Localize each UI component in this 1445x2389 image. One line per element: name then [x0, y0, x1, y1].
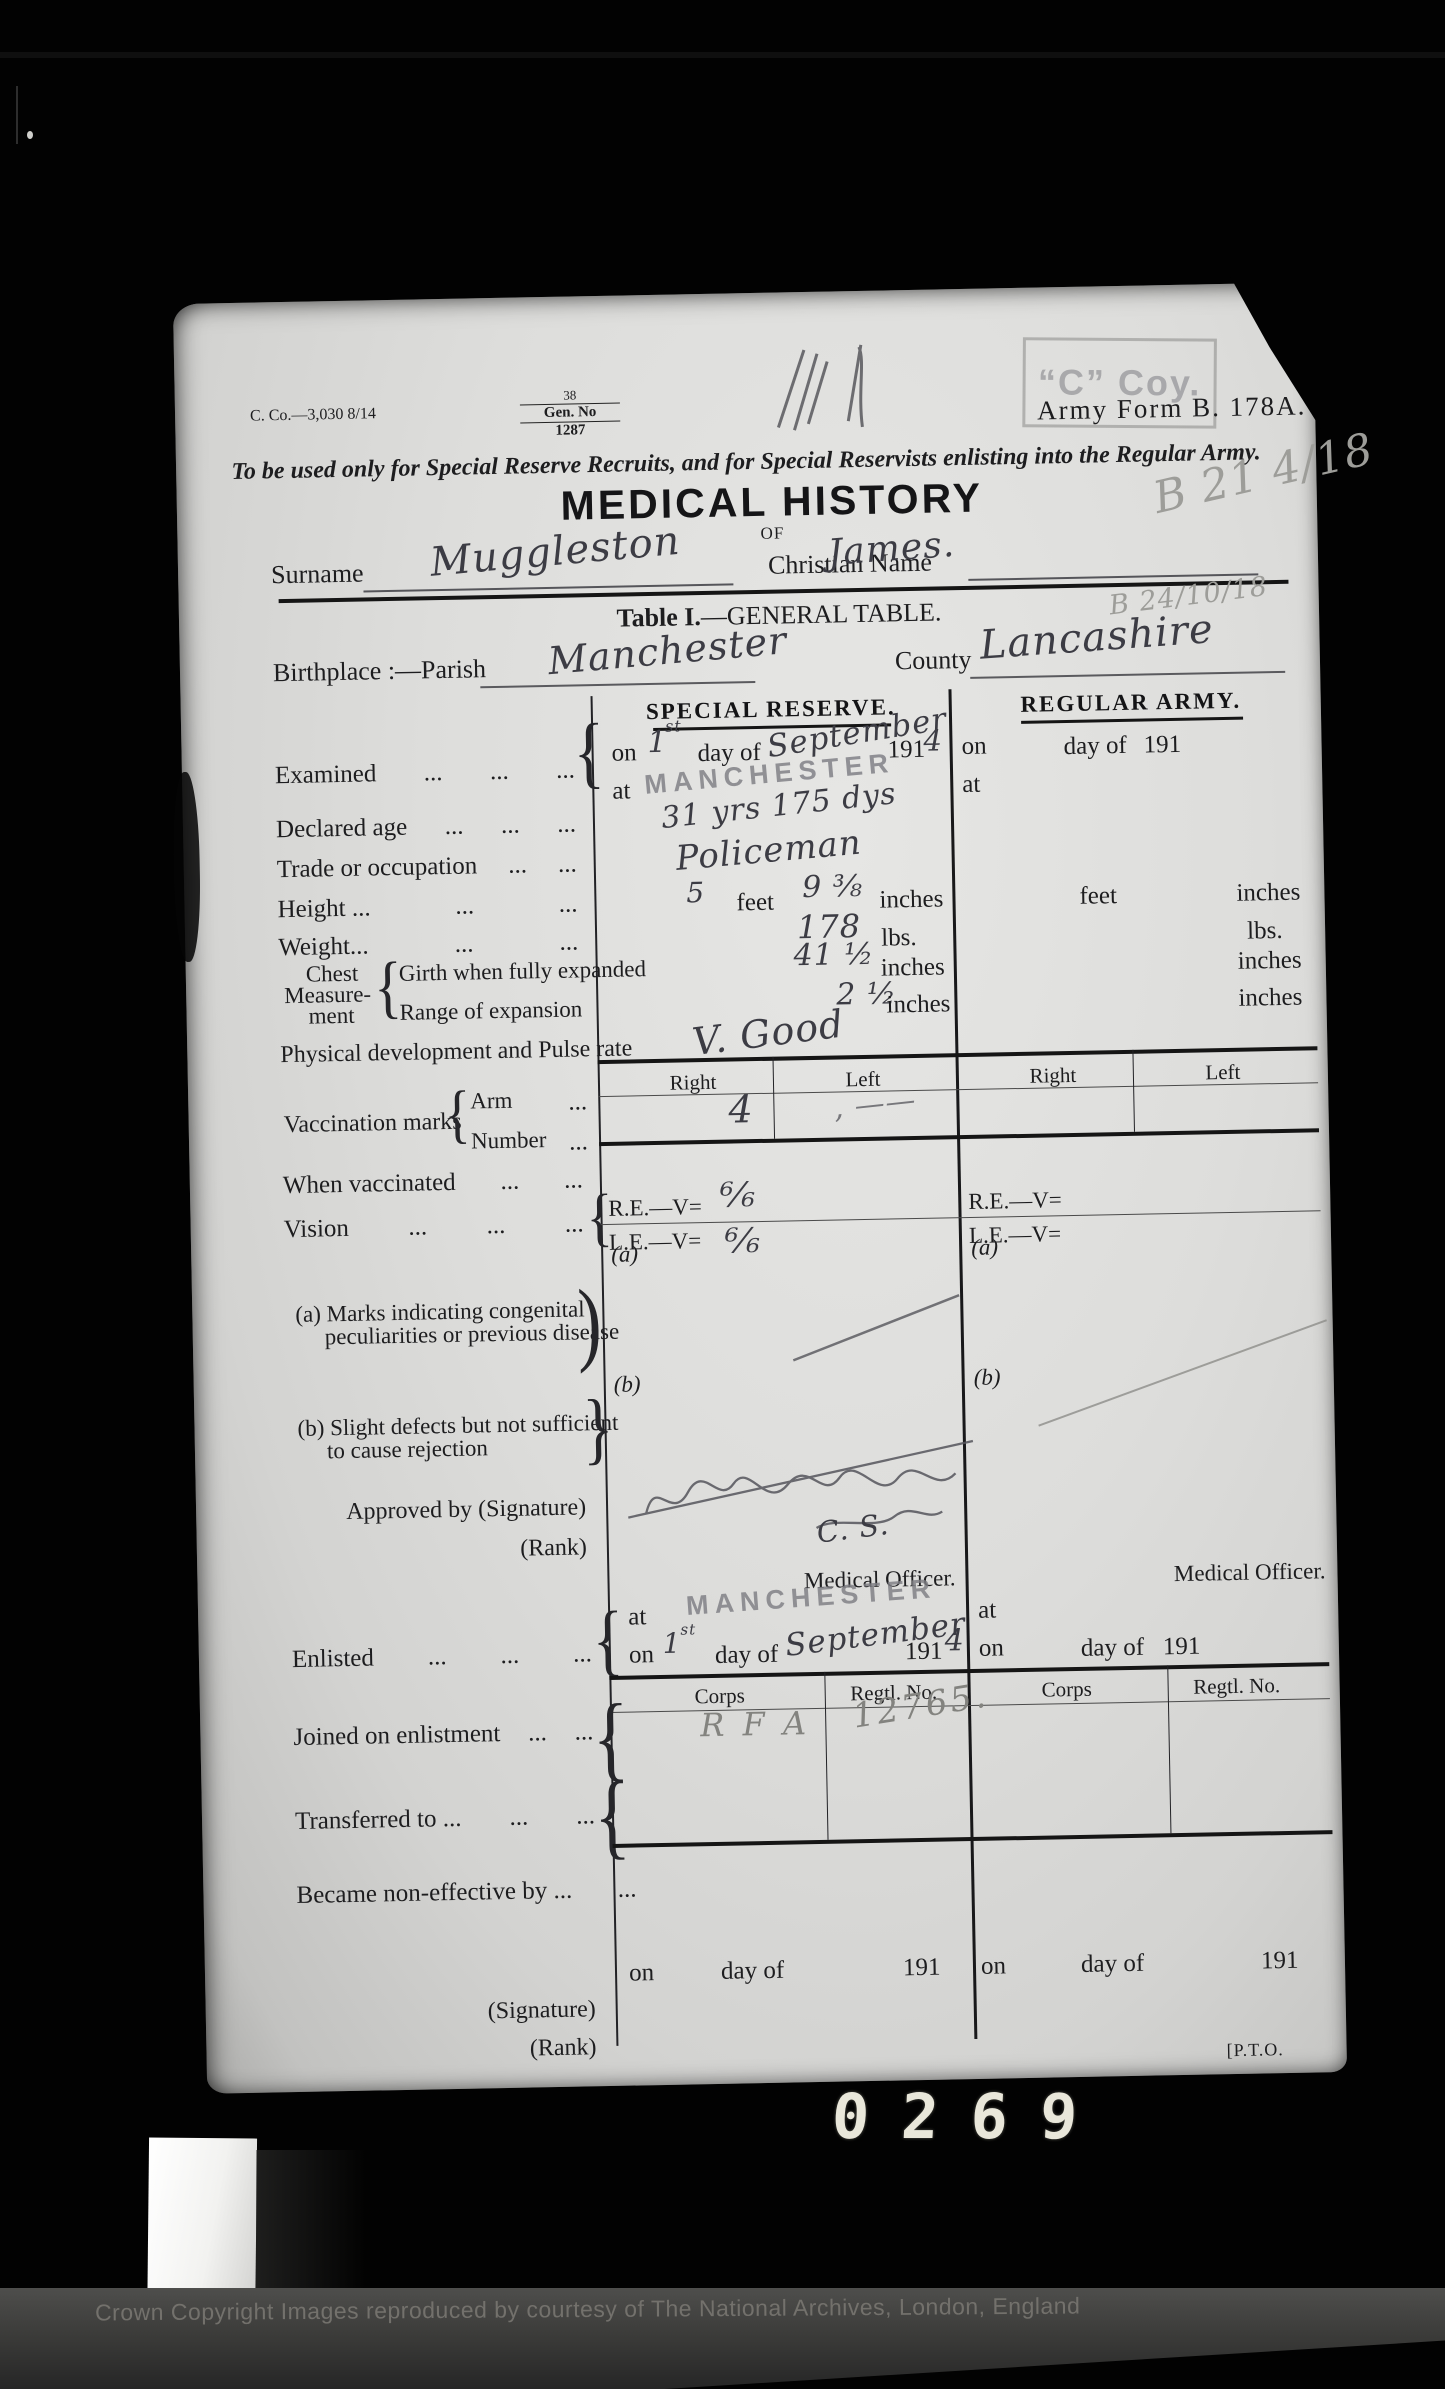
height-feet-label: feet	[736, 889, 774, 918]
a-note-paren: )	[577, 1275, 603, 1369]
chest-label-3: ment	[308, 1003, 354, 1030]
enlisted-ra-on-label: on	[979, 1634, 1005, 1662]
ra-rl-divider	[1132, 1050, 1135, 1132]
bottom-sr-on-label: on	[629, 1959, 655, 1987]
left-header-ra: Left	[1173, 1059, 1273, 1086]
dots: ...	[490, 758, 509, 786]
examined-at-label: at	[612, 777, 631, 805]
ra-b-paren: (b)	[973, 1364, 1000, 1391]
enlisted-year-label: 191	[905, 1638, 943, 1667]
print-code: C. Co.—3,030 8/14	[250, 405, 376, 425]
enlisted-ra-year-label: 191	[1163, 1633, 1201, 1662]
birthplace-underline	[480, 681, 755, 688]
christian-name-value: James.	[826, 524, 956, 574]
declared-age-label-row: Declared age ... ... ...	[276, 810, 576, 844]
examined-label: Examined	[275, 760, 377, 790]
form-paper: C. Co.—3,030 8/14 38 Gen. No 1287 “C” Co…	[173, 282, 1347, 2094]
dots: ...	[558, 850, 577, 878]
gen-no-mid: Gen. No	[520, 402, 620, 423]
sr-le-v-value: ⁶⁄₆	[725, 1221, 762, 1262]
physical-value: V. Good	[690, 1002, 847, 1065]
joined-label-row: Joined on enlistment ... ...	[293, 1718, 593, 1752]
ra-a-paren: (a)	[971, 1234, 998, 1261]
column-header-regular-army: REGULAR ARMY.	[1001, 687, 1261, 718]
dots: ...	[408, 1213, 427, 1241]
enlisted-label: Enlisted	[292, 1645, 374, 1675]
enlisted-on-label: on	[629, 1641, 655, 1669]
examined-on-label: on	[611, 739, 637, 767]
weight-label: Weight...	[278, 932, 369, 962]
physical-label: Physical development and Pulse rate	[280, 1035, 632, 1069]
ra-header-underline	[1021, 717, 1243, 724]
sr-a-paren: (a)	[611, 1241, 638, 1268]
enlisted-brace: {	[592, 1600, 624, 1681]
range-inches-label: inches	[886, 990, 950, 1019]
dots: ...	[455, 892, 474, 920]
enlisted-year-digit: 4	[944, 1623, 965, 1658]
b-field-pencil-stroke	[1033, 1312, 1335, 1433]
transferred-label-row: Transferred to ... ... ...	[295, 1802, 595, 1836]
examined-day-ordinal: st	[665, 716, 682, 735]
examined-year-digit: 4	[923, 723, 943, 757]
signature-label: (Signature)	[296, 1996, 596, 2029]
vaccination-label: Vaccination marks	[283, 1109, 461, 1139]
transferred-label: Transferred to ...	[295, 1805, 462, 1836]
dots: ...	[454, 930, 473, 958]
height-inches-value: 9 ⅜	[802, 869, 863, 905]
frame-counter: 0269	[830, 2080, 1111, 2153]
dots: ...	[564, 1166, 583, 1194]
when-vaccinated-label: When vaccinated	[283, 1169, 456, 1200]
dots: ...	[576, 1802, 595, 1830]
sr-b-paren: (b)	[614, 1371, 641, 1398]
bottom-sr-year-label: 191	[903, 1954, 941, 1983]
sr-re-v-label: R.E.—V=	[608, 1194, 702, 1222]
bottom-ra-on-label: on	[981, 1952, 1007, 1980]
enlisted-ra-at-label: at	[978, 1597, 997, 1625]
dots: ...	[528, 1719, 547, 1747]
examined-ra-on-label: on	[961, 733, 987, 761]
birthplace-label: Birthplace :—Parish	[273, 654, 487, 688]
girth-value: 41 ½	[793, 937, 874, 974]
trade-label: Trade or occupation	[277, 852, 478, 884]
regtl-header-ra: Regtl. No.	[1161, 1673, 1311, 1701]
range-label: Range of expansion	[399, 996, 582, 1026]
vision-label: Vision	[283, 1215, 349, 1244]
examined-ra-at-label: at	[962, 771, 981, 799]
sr-re-v-value: ⁶⁄₆	[720, 1175, 757, 1216]
bottom-ra-day-of-label: day of	[1081, 1950, 1145, 1979]
vision-label-row: Vision ... ... ...	[283, 1210, 583, 1244]
dots: ...	[617, 1876, 636, 1904]
dots: ...	[500, 1642, 519, 1670]
non-effective-label-row: Became non-effective by ... ...	[296, 1876, 636, 1911]
weight-label-row: Weight... ... ...	[278, 928, 578, 962]
weight-lbs-label: lbs.	[881, 924, 917, 953]
surname-value: Muggleston	[428, 518, 682, 586]
torn-edge	[172, 772, 202, 962]
dots: ...	[424, 759, 443, 787]
trade-label-row: Trade or occupation ... ...	[277, 850, 577, 884]
dots: ...	[574, 1718, 593, 1746]
enlisted-day-ordinal: st	[680, 1620, 696, 1638]
dots: ...	[444, 813, 463, 841]
sr-rl-divider	[772, 1057, 775, 1139]
height-feet-value: 5	[686, 876, 705, 909]
ra-re-v-label: R.E.—V=	[968, 1187, 1062, 1215]
dots: ...	[557, 810, 576, 838]
ra-girth-inches-label: inches	[1237, 947, 1301, 976]
arm-dots: ...	[568, 1088, 587, 1116]
ra-weight-lbs-label: lbs.	[1247, 917, 1283, 946]
vacc-left-mark: , ——	[832, 1082, 918, 1126]
rank-label-sr: (Rank)	[287, 1534, 587, 1567]
right-header-ra: Right	[1003, 1062, 1103, 1089]
vacc-number-right-value: 4	[728, 1087, 754, 1131]
dots: ...	[509, 1804, 528, 1832]
ink-scribble	[749, 330, 931, 443]
ra-height-inches-label: inches	[1236, 879, 1300, 908]
examined-label-row: Examined ... ... ...	[275, 756, 575, 790]
bottom-sr-day-of-label: day of	[721, 1957, 785, 1986]
ra-height-feet-label: feet	[1079, 882, 1117, 911]
declared-age-label: Declared age	[276, 814, 408, 845]
girth-label: Girth when fully expanded	[399, 956, 647, 987]
dots: ...	[565, 1210, 584, 1238]
examined-ra-day-of-label: day of	[1063, 732, 1127, 761]
corps-value: R F A	[700, 1704, 810, 1744]
enlisted-day-of-label: day of	[715, 1641, 779, 1670]
enlisted-ra-day-of-label: day of	[1081, 1634, 1145, 1663]
non-effective-label: Became non-effective by ...	[296, 1877, 572, 1910]
scan-artifact-band	[0, 52, 1445, 58]
medical-officer-signature	[625, 1429, 987, 1536]
enlisted-label-row: Enlisted ... ... ...	[292, 1640, 592, 1674]
dots: ...	[508, 851, 527, 879]
examined-ra-year-label: 191	[1143, 731, 1181, 760]
ra-range-inches-label: inches	[1238, 984, 1302, 1013]
dots: ...	[573, 1640, 592, 1668]
dots: ...	[556, 756, 575, 784]
vaccination-brace: {	[444, 1081, 471, 1146]
arm-label: Arm	[470, 1088, 513, 1115]
medical-officer-label-ra: Medical Officer.	[1125, 1558, 1325, 1588]
county-label: County	[895, 645, 972, 676]
enlisted-day-value: 1	[662, 1627, 681, 1660]
enlisted-at-label: at	[628, 1603, 647, 1631]
number-dots: ...	[569, 1128, 588, 1156]
approved-label: Approved by (Signature)	[286, 1494, 586, 1527]
dots: ...	[501, 812, 520, 840]
county-underline	[970, 671, 1285, 679]
rank-label-bottom: (Rank)	[296, 2034, 596, 2067]
scan-artifact-dot	[27, 131, 33, 139]
dots: ...	[559, 928, 578, 956]
dots: ...	[558, 890, 577, 918]
pto-label: [P.T.O.	[1226, 2039, 1284, 2061]
b-note-line2: to cause rejection	[327, 1435, 488, 1464]
gen-no-block: 38 Gen. No 1287	[520, 388, 621, 441]
height-label: Height ...	[277, 894, 371, 924]
joined-label: Joined on enlistment	[293, 1720, 500, 1752]
b-note-brace: }	[582, 1388, 614, 1469]
when-vaccinated-label-row: When vaccinated ... ...	[283, 1166, 583, 1200]
examined-brace: {	[573, 712, 605, 793]
height-inches-label: inches	[879, 885, 943, 914]
scan-artifact-line	[16, 86, 18, 144]
a-note-line2: peculiarities or previous disease	[325, 1319, 620, 1351]
number-label: Number	[471, 1127, 547, 1154]
a-field-pen-stroke	[787, 1289, 968, 1367]
surname-label: Surname	[271, 559, 364, 591]
form-number: Army Form B. 178A.	[1037, 390, 1307, 426]
scanned-page: C. Co.—3,030 8/14 38 Gen. No 1287 “C” Co…	[0, 0, 1445, 2389]
transferred-brace: {	[593, 1768, 631, 1864]
gen-no-bottom: 1287	[520, 422, 620, 441]
dots: ...	[500, 1168, 519, 1196]
height-label-row: Height ... ... ...	[277, 890, 577, 924]
dots: ...	[486, 1212, 505, 1240]
dots: ...	[428, 1643, 447, 1671]
bottom-ra-year-label: 191	[1261, 1947, 1299, 1976]
corps-header-ra: Corps	[1016, 1676, 1116, 1703]
